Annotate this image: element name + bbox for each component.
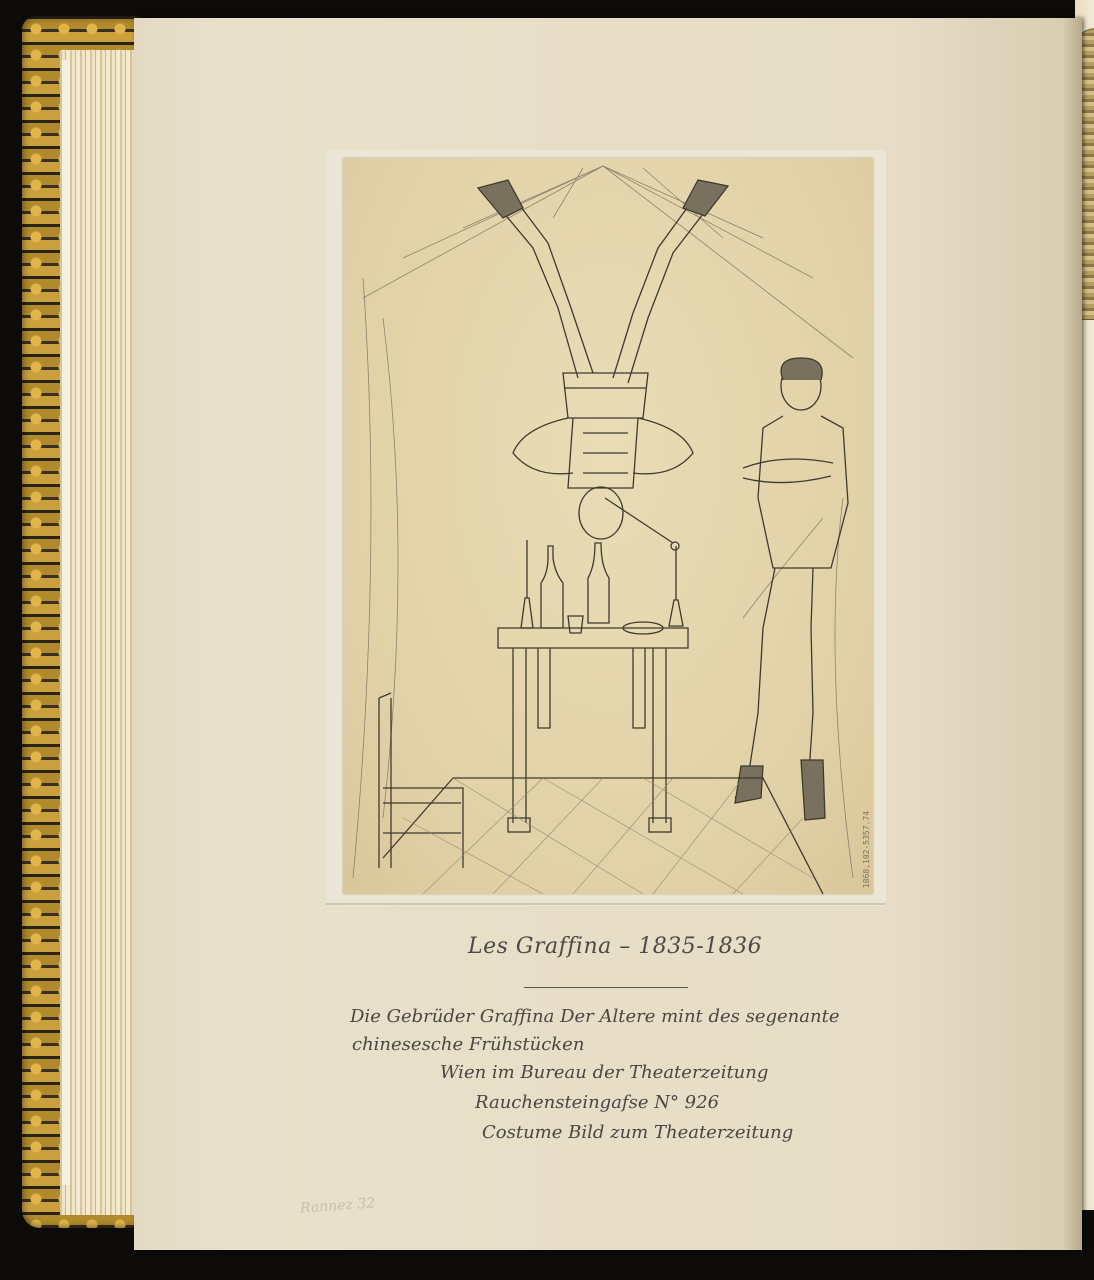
caption-line-3: Wien im Bureau der Theaterzeitung (440, 1062, 768, 1083)
acrobat-drawing: 1868,102-5357.74 (343, 158, 873, 894)
caption-line-4: Rauchensteingafse N° 926 (475, 1092, 719, 1113)
page-block-edges (60, 50, 140, 1215)
caption-line-5: Costume Bild zum Theaterzeitung (482, 1122, 793, 1143)
caption-title: Les Graffina – 1835-1836 (468, 934, 788, 959)
caption-line-1: Die Gebrüder Graffina Der Altere mint de… (350, 1006, 840, 1027)
endpaper-strip (62, 60, 70, 1185)
caption-underline (524, 987, 688, 988)
accession-number: 1868,102-5357.74 (862, 811, 871, 888)
caption-line-2: chinesesche Frühstücken (352, 1034, 584, 1055)
drawing-sketch (343, 158, 873, 894)
mount-edge-line (326, 903, 886, 905)
